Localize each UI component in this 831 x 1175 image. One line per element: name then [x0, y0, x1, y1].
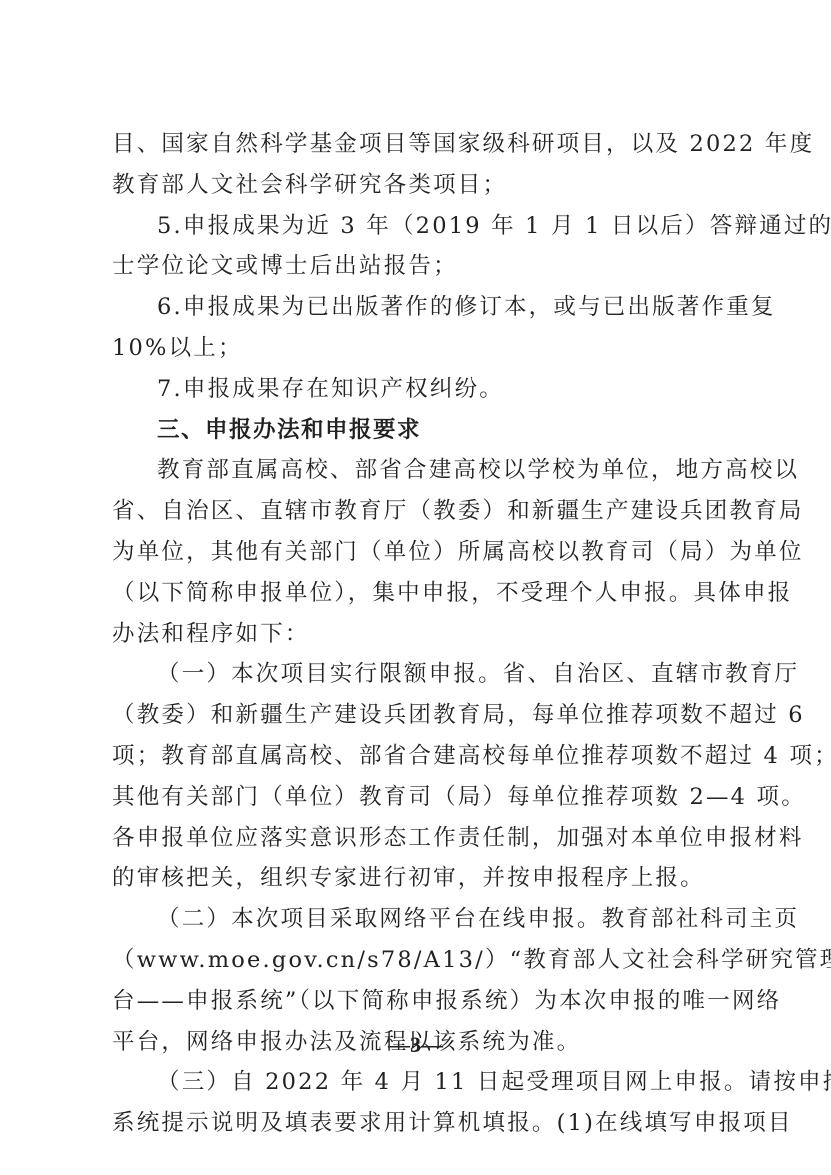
list-item-7: 7.申报成果存在知识产权纠纷。	[112, 369, 722, 410]
subsection-1: （一）本次项目实行限额申报。省、自治区、直辖市教育厅	[112, 654, 722, 695]
text-line: 项；教育部直属高校、部省合建高校每单位推荐项数不超过 4 项；	[112, 736, 722, 777]
text-line: （以下简称申报单位），集中申报，不受理个人申报。具体申报	[112, 573, 722, 614]
subsection-2: （二）本次项目采取网络平台在线申报。教育部社科司主页	[112, 899, 722, 940]
text-line: 目、国家自然科学基金项目等国家级科研项目，以及 2022 年度	[112, 124, 722, 165]
text-line: 10%以上；	[112, 328, 722, 369]
text-line: 各申报单位应落实意识形态工作责任制，加强对本单位申报材料	[112, 818, 722, 859]
list-item-6: 6.申报成果为已出版著作的修订本，或与已出版著作重复	[112, 287, 722, 328]
document-body: 目、国家自然科学基金项目等国家级科研项目，以及 2022 年度 教育部人文社会科…	[112, 124, 722, 1144]
url-line: （www.moe.gov.cn/s78/A13/）“教育部人文社会科学研究管理平	[112, 940, 722, 981]
text-line: 士学位论文或博士后出站报告；	[112, 246, 722, 287]
text-line: 的审核把关，组织专家进行初审，并按申报程序上报。	[112, 858, 722, 899]
text-line: 系统提示说明及填表要求用计算机填报。(1)在线填写申报项目	[112, 1103, 722, 1144]
list-item-5: 5.申报成果为近 3 年（2019 年 1 月 1 日以后）答辩通过的博	[112, 206, 722, 247]
subsection-3: （三）自 2022 年 4 月 11 日起受理项目网上申报。请按申报	[112, 1062, 722, 1103]
text-line: 为单位，其他有关部门（单位）所属高校以教育司（局）为单位	[112, 532, 722, 573]
text-line: 办法和程序如下：	[112, 614, 722, 655]
text-line: （教委）和新疆生产建设兵团教育局，每单位推荐项数不超过 6	[112, 695, 722, 736]
section-heading: 三、申报办法和申报要求	[112, 410, 722, 451]
text-line: 教育部人文社会科学研究各类项目；	[112, 165, 722, 206]
page-number: —3—	[0, 1032, 831, 1058]
paragraph-start: 教育部直属高校、部省合建高校以学校为单位，地方高校以	[112, 450, 722, 491]
text-line: 省、自治区、直辖市教育厅（教委）和新疆生产建设兵团教育局	[112, 491, 722, 532]
text-line: 其他有关部门（单位）教育司（局）每单位推荐项数 2—4 项。	[112, 777, 722, 818]
text-line: 台——申报系统”（以下简称申报系统）为本次申报的唯一网络	[112, 981, 722, 1022]
